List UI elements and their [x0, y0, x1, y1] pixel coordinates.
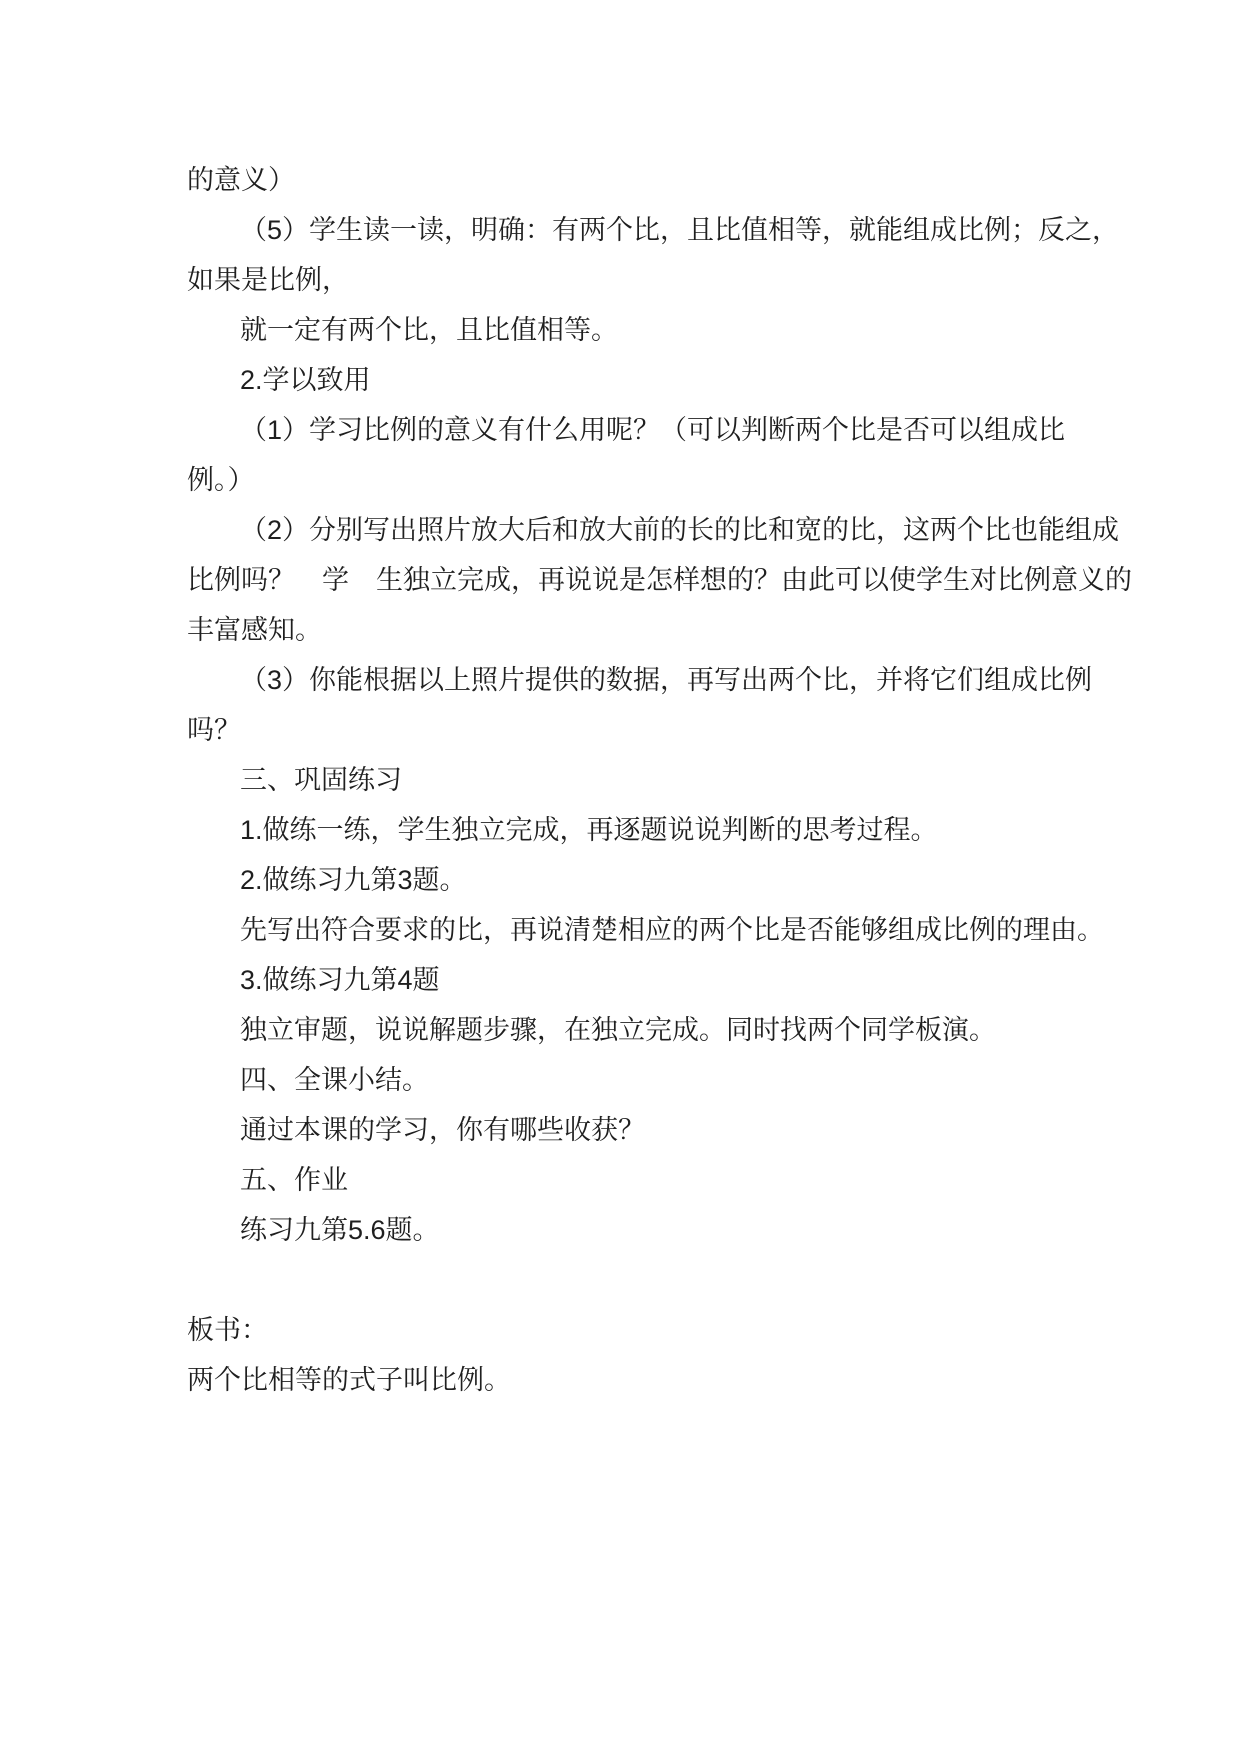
text-line: 两个比相等的式子叫比例。 [187, 1355, 1092, 1405]
text-line: 2.学以致用 [187, 355, 1092, 405]
text-line: 板书： [187, 1305, 1092, 1355]
text-line: 的意义） [187, 155, 1092, 205]
text-line: 三、巩固练习 [187, 755, 1092, 805]
text-line: 吗？ [187, 705, 1092, 755]
document-body: 的意义）（5）学生读一读，明确：有两个比，且比值相等，就能组成比例；反之，如果是… [187, 155, 1092, 1405]
text-line: 独立审题，说说解题步骤，在独立完成。同时找两个同学板演。 [187, 1005, 1092, 1055]
document-page: 的意义）（5）学生读一读，明确：有两个比，且比值相等，就能组成比例；反之，如果是… [0, 0, 1241, 1754]
text-line: 比例吗？ 学 生独立完成，再说说是怎样想的？由此可以使学生对比例意义的 [187, 555, 1092, 605]
text-line: （3）你能根据以上照片提供的数据，再写出两个比，并将它们组成比例 [187, 655, 1092, 705]
text-line: 丰富感知。 [187, 605, 1092, 655]
text-line: 通过本课的学习，你有哪些收获？ [187, 1105, 1092, 1155]
text-line: 1.做练一练，学生独立完成，再逐题说说判断的思考过程。 [187, 805, 1092, 855]
text-line: 练习九第5.6题。 [187, 1205, 1092, 1255]
text-line: 四、全课小结。 [187, 1055, 1092, 1105]
text-line: 五、作业 [187, 1155, 1092, 1205]
text-line: 3.做练习九第4题 [187, 955, 1092, 1005]
text-line: 就一定有两个比，且比值相等。 [187, 305, 1092, 355]
text-line: 如果是比例， [187, 255, 1092, 305]
text-line: （1）学习比例的意义有什么用呢？（可以判断两个比是否可以组成比 [187, 405, 1092, 455]
text-line: （5）学生读一读，明确：有两个比，且比值相等，就能组成比例；反之， [187, 205, 1092, 255]
text-line: 2.做练习九第3题。 [187, 855, 1092, 905]
text-line: 先写出符合要求的比，再说清楚相应的两个比是否能够组成比例的理由。 [187, 905, 1092, 955]
blank-line [187, 1255, 1092, 1305]
text-line: 例。） [187, 455, 1092, 505]
text-line: （2）分别写出照片放大后和放大前的长的比和宽的比，这两个比也能组成 [187, 505, 1092, 555]
